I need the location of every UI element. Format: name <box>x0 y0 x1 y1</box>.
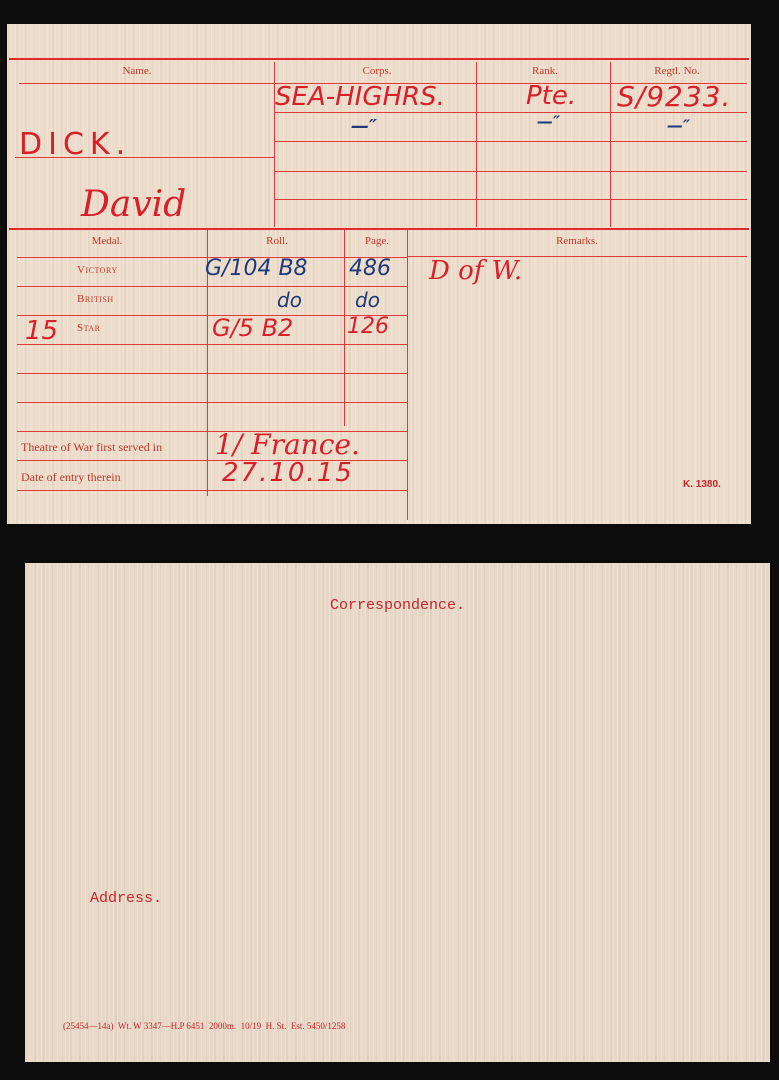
rule <box>275 171 747 172</box>
medal-page: 126 <box>347 314 389 339</box>
regtl-no-value: S/9233. <box>617 80 731 113</box>
rule <box>17 402 407 403</box>
header-page: Page. <box>342 235 412 247</box>
header-name: Name. <box>67 65 207 77</box>
printer-imprint: (25454—14a) Wt. W 3347—H.P 6451 2000m. 1… <box>63 1021 345 1031</box>
theatre-label: Theatre of War first served in <box>21 440 211 455</box>
date-label: Date of entry therein <box>21 470 211 485</box>
rule-middle <box>9 228 749 230</box>
divider <box>407 230 408 520</box>
form-code: K. 1380. <box>683 479 721 490</box>
date-value: 27.10.15 <box>222 458 354 488</box>
rule <box>19 83 275 84</box>
medal-roll: do <box>277 288 302 312</box>
medal-prefix: 15 <box>25 316 58 346</box>
corps-value: SEA-HIGHRS. <box>275 82 445 112</box>
medal-name: British <box>77 293 137 305</box>
header-rank: Rank. <box>485 65 605 77</box>
surname: DICK. <box>19 127 131 162</box>
ditto-mark: —″ <box>351 116 377 137</box>
rule <box>17 344 407 345</box>
divider <box>344 230 345 426</box>
rule <box>17 490 407 491</box>
rule <box>275 141 747 142</box>
header-corps: Corps. <box>307 65 447 77</box>
rank-value: Pte. <box>526 81 576 111</box>
medal-name: Victory <box>77 264 137 276</box>
address-label: Address. <box>90 890 162 907</box>
medal-page: 486 <box>349 256 391 281</box>
medal-name: Star <box>77 322 137 334</box>
medal-roll: G/5 B2 <box>212 314 293 342</box>
rule-top <box>9 58 749 60</box>
header-roll: Roll. <box>237 235 317 247</box>
ditto-mark: —″ <box>667 116 690 135</box>
forename: David <box>81 184 186 225</box>
rule <box>17 373 407 374</box>
medal-index-card-back: Correspondence. Address. (25454—14a) Wt.… <box>25 563 770 1062</box>
medal-index-card-front: Name. Corps. Rank. Regtl. No. DICK. Davi… <box>7 24 751 524</box>
header-remarks: Remarks. <box>527 235 627 247</box>
divider <box>610 62 611 227</box>
theatre-value: 1/ France. <box>215 428 360 461</box>
rule <box>17 286 407 287</box>
medal-page: do <box>355 288 380 312</box>
header-regtl-no: Regtl. No. <box>617 65 737 77</box>
remarks-value: D of W. <box>429 256 522 286</box>
divider <box>476 62 477 227</box>
rule <box>275 199 747 200</box>
ditto-mark: —″ <box>537 112 560 131</box>
medal-roll: G/104 B8 <box>205 256 308 281</box>
correspondence-heading: Correspondence. <box>25 597 770 614</box>
header-medal: Medal. <box>67 235 147 247</box>
